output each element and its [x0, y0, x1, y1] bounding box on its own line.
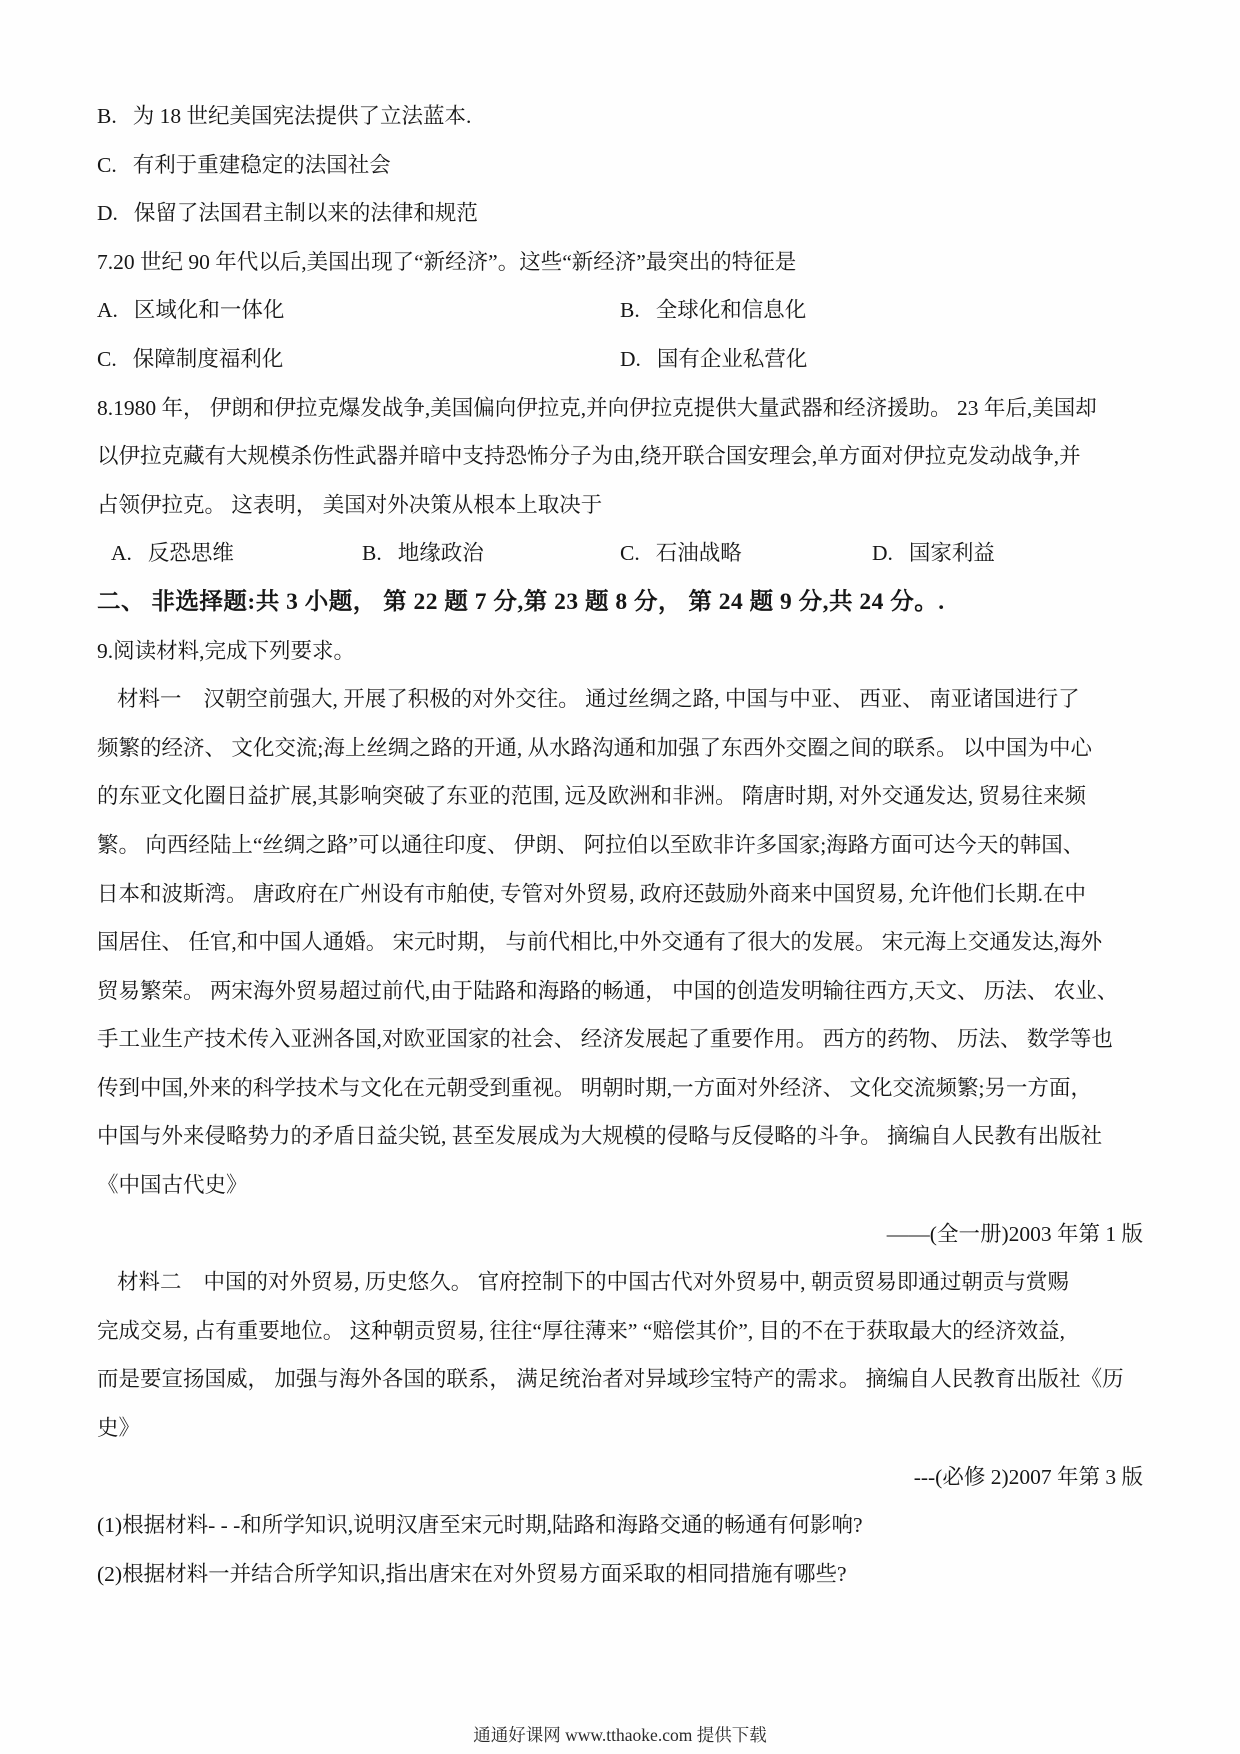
- material1-line: 频繁的经济、 文化交流;海上丝绸之路的开通, 从水路沟通和加强了东西外交圈之间的…: [97, 724, 1143, 773]
- option-line-d: D.保留了法国君主制以来的法律和规范: [97, 189, 1143, 238]
- material1-line: 日本和波斯湾。 唐政府在广州设有市舶使, 专管对外贸易, 政府还鼓励外商来中国贸…: [97, 870, 1143, 919]
- material1-line: 的东亚文化圈日益扩展,其影响突破了东亚的范围, 远及欧洲和非洲。 隋唐时期, 对…: [97, 772, 1143, 821]
- option-label: B.: [362, 529, 382, 578]
- option-text: 区域化和一体化: [134, 298, 285, 322]
- question7-options-row1: A.区域化和一体化 B.全球化和信息化: [97, 286, 1143, 335]
- option-d: D.国家利益: [872, 529, 995, 578]
- sub-question-2: (2)根据材料一并结合所学知识,指出唐宋在对外贸易方面采取的相同措施有哪些?: [97, 1550, 1143, 1599]
- material1-line: 中国与外来侵略势力的矛盾日益尖锐, 甚至发展成为大规模的侵略与反侵略的斗争。 摘…: [97, 1112, 1143, 1161]
- option-c: C.石油战略: [620, 529, 742, 578]
- option-line-c: C.有利于重建稳定的法国社会: [97, 141, 1143, 190]
- material1-line: 手工业生产技术传入亚洲各国,对欧亚国家的社会、 经济发展起了重要作用。 西方的药…: [97, 1015, 1143, 1064]
- option-label: C.: [97, 335, 117, 384]
- section2-heading: 二、 非选择题:共 3 小题， 第 22 题 7 分,第 23 题 8 分， 第…: [97, 578, 1143, 627]
- material1-line: 国居住、 任官,和中国人通婚。 宋元时期， 与前代相比,中外交通有了很大的发展。…: [97, 918, 1143, 967]
- option-text: 国有企业私营化: [657, 347, 808, 371]
- material2-line: 完成交易, 占有重要地位。 这种朝贡贸易, 往往“厚往薄来” “赔偿其价”, 目…: [97, 1307, 1143, 1356]
- material1-line: 贸易繁荣。 两宋海外贸易超过前代,由于陆路和海路的畅通， 中国的创造发明输往西方…: [97, 967, 1143, 1016]
- question8-options-row: A.反恐思维 B.地缘政治 C.石油战略 D.国家利益: [97, 529, 1143, 578]
- option-text: 全球化和信息化: [656, 298, 807, 322]
- option-label: B.: [97, 92, 117, 141]
- option-label: A.: [97, 286, 118, 335]
- question8-stem-line2: 以伊拉克藏有大规模杀伤性武器并暗中支持恐怖分子为由,绕开联合国安理会,单方面对伊…: [97, 432, 1143, 481]
- page-footer: 通通好课网 www.tthaoke.com 提供下载: [0, 1722, 1240, 1747]
- material2-source: ---(必修 2)2007 年第 3 版: [97, 1453, 1143, 1502]
- option-a: A.反恐思维: [111, 529, 234, 578]
- option-text: 为 18 世纪美国宪法提供了立法蓝本.: [133, 104, 472, 128]
- material1-source: ——(全一册)2003 年第 1 版: [97, 1210, 1143, 1259]
- material1-line: 材料一汉朝空前强大, 开展了积极的对外交往。 通过丝绸之路, 中国与中亚、 西亚…: [97, 675, 1143, 724]
- material1-line: 《中国古代史》: [97, 1161, 1143, 1210]
- option-b: B.地缘政治: [362, 529, 484, 578]
- sub-question-1: (1)根据材料- - -和所学知识,说明汉唐至宋元时期,陆路和海路交通的畅通有何…: [97, 1501, 1143, 1550]
- question8-stem-line1: 8.1980 年， 伊朗和伊拉克爆发战争,美国偏向伊拉克,并向伊拉克提供大量武器…: [97, 384, 1143, 433]
- option-text: 保留了法国君主制以来的法律和规范: [134, 201, 478, 225]
- material2-line: 而是要宣扬国威， 加强与海外各国的联系， 满足统治者对异域珍宝特产的需求。 摘编…: [97, 1355, 1143, 1404]
- question7-stem: 7.20 世纪 90 年代以后,美国出现了“新经济”。这些“新经济”最突出的特征…: [97, 238, 1143, 287]
- option-label: D.: [620, 335, 641, 384]
- option-c: C.保障制度福利化: [97, 335, 283, 384]
- option-label: C.: [620, 529, 640, 578]
- option-label: C.: [97, 141, 117, 190]
- material2-line: 材料二中国的对外贸易, 历史悠久。 官府控制下的中国古代对外贸易中, 朝贡贸易即…: [97, 1258, 1143, 1307]
- material1-text: 汉朝空前强大, 开展了积极的对外交往。 通过丝绸之路, 中国与中亚、 西亚、 南…: [204, 687, 1080, 711]
- material1-line: 繁。 向西经陆上“丝绸之路”可以通往印度、 伊朗、 阿拉伯以至欧非许多国家;海路…: [97, 821, 1143, 870]
- material1-line: 传到中国,外来的科学技术与文化在元朝受到重视。 明朝时期,一方面对外经济、 文化…: [97, 1064, 1143, 1113]
- option-d: D.国有企业私营化: [620, 335, 807, 384]
- material2-label: 材料二: [117, 1258, 182, 1307]
- material1-label: 材料一: [117, 675, 182, 724]
- option-label: B.: [620, 286, 640, 335]
- option-label: D.: [872, 529, 893, 578]
- option-line-b: B.为 18 世纪美国宪法提供了立法蓝本.: [97, 92, 1143, 141]
- option-text: 保障制度福利化: [133, 347, 284, 371]
- option-a: A.区域化和一体化: [97, 286, 284, 335]
- option-text: 石油战略: [656, 541, 742, 565]
- option-text: 地缘政治: [398, 541, 484, 565]
- option-b: B.全球化和信息化: [620, 286, 806, 335]
- material2-line: 史》: [97, 1404, 1143, 1453]
- option-text: 国家利益: [909, 541, 995, 565]
- question8-stem-line3: 占领伊拉克。 这表明， 美国对外决策从根本上取决于: [97, 481, 1143, 530]
- material2-text: 中国的对外贸易, 历史悠久。 官府控制下的中国古代对外贸易中, 朝贡贸易即通过朝…: [204, 1270, 1069, 1294]
- question7-options-row2: C.保障制度福利化 D.国有企业私营化: [97, 335, 1143, 384]
- option-label: D.: [97, 189, 118, 238]
- option-text: 反恐思维: [148, 541, 234, 565]
- page-content: B.为 18 世纪美国宪法提供了立法蓝本. C.有利于重建稳定的法国社会 D.保…: [97, 92, 1143, 1598]
- option-text: 有利于重建稳定的法国社会: [133, 153, 391, 177]
- question9-intro: 9.阅读材料,完成下列要求。: [97, 627, 1143, 676]
- exam-paper-page: B.为 18 世纪美国宪法提供了立法蓝本. C.有利于重建稳定的法国社会 D.保…: [0, 0, 1240, 1754]
- option-label: A.: [111, 529, 132, 578]
